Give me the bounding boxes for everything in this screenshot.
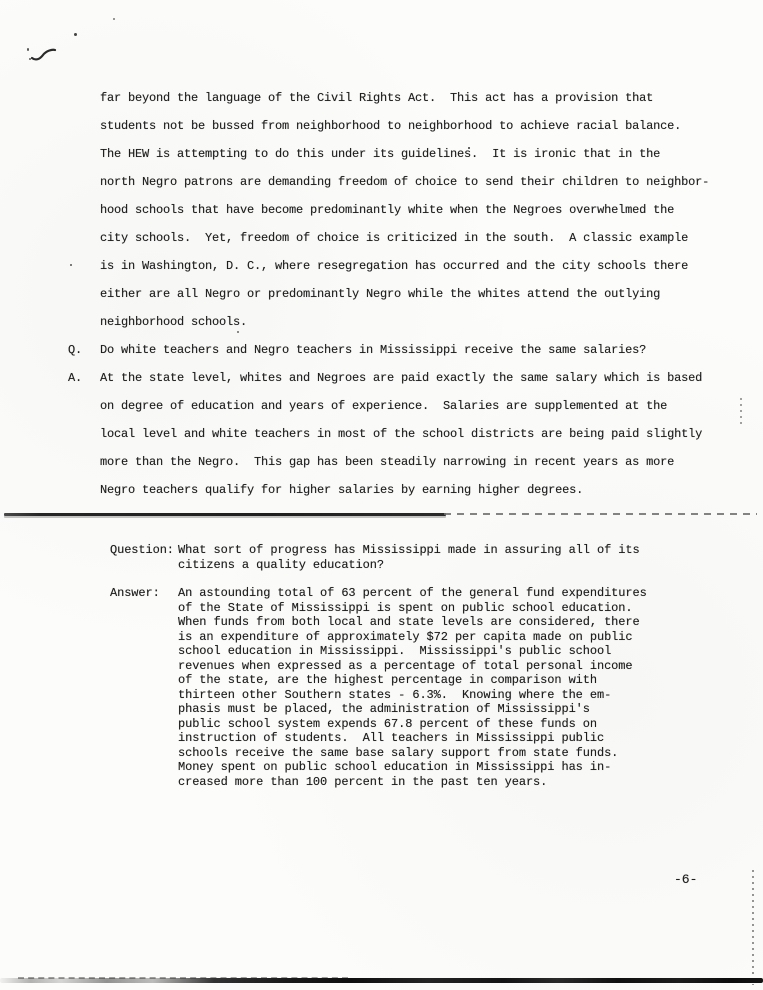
text-line: Q.Do white teachers and Negro teachers i… bbox=[100, 336, 709, 364]
text-line: Negro teachers qualify for higher salari… bbox=[100, 476, 709, 504]
text-line: of the State of Mississippi is spent on … bbox=[178, 601, 647, 616]
text-line: of the state, are the highest percentage… bbox=[178, 673, 647, 688]
line-text: is in Washington, D. C., where resegrega… bbox=[100, 259, 688, 273]
text-line: When funds from both local and state lev… bbox=[178, 615, 647, 630]
question-text: What sort of progress has Mississippi ma… bbox=[178, 543, 640, 572]
line-text: on degree of education and years of expe… bbox=[100, 399, 667, 413]
divider-dashed-segment bbox=[444, 513, 757, 515]
scanned-document-page: far beyond the language of the Civil Rig… bbox=[0, 0, 763, 990]
question-label: Question: bbox=[110, 543, 178, 572]
text-line: either are all Negro or predominantly Ne… bbox=[100, 280, 709, 308]
text-line: is in Washington, D. C., where resegrega… bbox=[100, 252, 709, 280]
scan-speck bbox=[29, 58, 31, 60]
line-text: The HEW is attempting to do this under i… bbox=[100, 147, 660, 161]
answer-block: Answer: An astounding total of 63 percen… bbox=[110, 586, 647, 789]
scan-edge-dots bbox=[740, 398, 742, 424]
line-text: far beyond the language of the Civil Rig… bbox=[100, 91, 653, 105]
line-text: local level and white teachers in most o… bbox=[100, 427, 702, 441]
scan-speck bbox=[113, 18, 115, 20]
line-text: more than the Negro. This gap has been s… bbox=[100, 455, 674, 469]
text-line: revenues when expressed as a percentage … bbox=[178, 659, 647, 674]
text-line: An astounding total of 63 percent of the… bbox=[178, 586, 647, 601]
text-line: north Negro patrons are demanding freedo… bbox=[100, 168, 709, 196]
line-text: north Negro patrons are demanding freedo… bbox=[100, 175, 709, 189]
answer-text: An astounding total of 63 percent of the… bbox=[178, 586, 647, 789]
scan-speck bbox=[74, 33, 77, 36]
text-line: local level and white teachers in most o… bbox=[100, 420, 709, 448]
text-line: citizens a quality education? bbox=[178, 558, 640, 573]
text-line: hood schools that have become predominan… bbox=[100, 196, 709, 224]
line-text: students not be bussed from neighborhood… bbox=[100, 119, 681, 133]
text-line: What sort of progress has Mississippi ma… bbox=[178, 543, 640, 558]
text-line: more than the Negro. This gap has been s… bbox=[100, 448, 709, 476]
line-text: neighborhood schools. bbox=[100, 315, 247, 329]
qa-item-label: Q. bbox=[68, 336, 82, 364]
qa-item-label: A. bbox=[68, 364, 82, 392]
line-text: At the state level, whites and Negroes a… bbox=[100, 371, 702, 385]
text-line: Money spent on public school education i… bbox=[178, 760, 647, 775]
handwritten-mark bbox=[31, 47, 57, 62]
scan-bottom-edge-line bbox=[0, 978, 763, 983]
line-text: Negro teachers qualify for higher salari… bbox=[100, 483, 583, 497]
line-text: Do white teachers and Negro teachers in … bbox=[100, 343, 646, 357]
text-line: city schools. Yet, freedom of choice is … bbox=[100, 224, 709, 252]
text-line: far beyond the language of the Civil Rig… bbox=[100, 84, 709, 112]
text-line: thirteen other Southern states - 6.3%. K… bbox=[178, 688, 647, 703]
divider-solid-segment bbox=[4, 513, 446, 516]
text-line: school education in Mississippi. Mississ… bbox=[178, 644, 647, 659]
line-text: city schools. Yet, freedom of choice is … bbox=[100, 231, 688, 245]
page-number: -6- bbox=[674, 872, 697, 887]
text-line: creased more than 100 percent in the pas… bbox=[178, 775, 647, 790]
scan-speck bbox=[27, 48, 29, 51]
answer-label: Answer: bbox=[110, 586, 178, 789]
main-text-section: far beyond the language of the Civil Rig… bbox=[100, 84, 709, 504]
line-text: either are all Negro or predominantly Ne… bbox=[100, 287, 660, 301]
text-line: neighborhood schools. bbox=[100, 308, 709, 336]
text-line: on degree of education and years of expe… bbox=[100, 392, 709, 420]
section-divider bbox=[4, 512, 757, 517]
scan-speck bbox=[70, 264, 72, 266]
text-line: public school system expends 67.8 percen… bbox=[178, 717, 647, 732]
text-line: The HEW is attempting to do this under i… bbox=[100, 140, 709, 168]
text-line: instruction of students. All teachers in… bbox=[178, 731, 647, 746]
scan-edge-dots bbox=[752, 870, 754, 985]
text-line: is an expenditure of approximately $72 p… bbox=[178, 630, 647, 645]
line-text: hood schools that have become predominan… bbox=[100, 203, 674, 217]
text-line: schools receive the same base salary sup… bbox=[178, 746, 647, 761]
text-line: phasis must be placed, the administratio… bbox=[178, 702, 647, 717]
text-line: A.At the state level, whites and Negroes… bbox=[100, 364, 709, 392]
question-block: Question: What sort of progress has Miss… bbox=[110, 543, 640, 572]
text-line: students not be bussed from neighborhood… bbox=[100, 112, 709, 140]
